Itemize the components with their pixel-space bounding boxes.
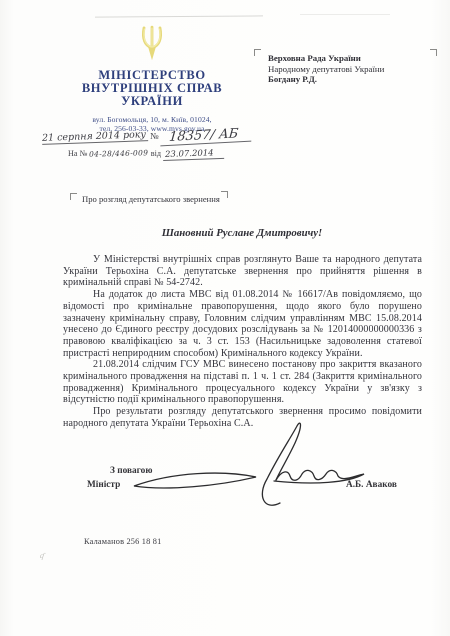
outgoing-reference-line: 21 серпня 2014 року№18357/ АБ — [42, 128, 252, 144]
tryzub-emblem-icon — [140, 25, 164, 62]
scanned-letter-page: МІНІСТЕРСТВО ВНУТРІШНІХ СПРАВ УКРАЇНИ ву… — [0, 0, 450, 636]
ministry-name-line3: УКРАЇНИ — [52, 95, 252, 108]
ministry-name: МІНІСТЕРСТВО ВНУТРІШНІХ СПРАВ УКРАЇНИ — [52, 69, 252, 108]
letterhead: МІНІСТЕРСТВО ВНУТРІШНІХ СПРАВ УКРАЇНИ ву… — [52, 25, 252, 134]
scan-artifact-line — [95, 15, 263, 17]
recipient-bracket-right — [430, 49, 437, 56]
incoming-reference-line: На № 04-28/446-009 від 23.07.2014 — [68, 149, 252, 160]
tryzub-base — [148, 48, 155, 60]
recipient-block: Верховна Рада України Народному депутато… — [268, 53, 428, 85]
minister-signature-icon — [118, 418, 368, 508]
subject-bracket-right — [221, 191, 228, 198]
scan-artifact-line — [300, 14, 390, 15]
handwritten-incoming-number: 04-28/446-009 — [89, 148, 148, 159]
pencil-mark: ʠ — [39, 551, 44, 560]
body-paragraph-3: 21.08.2014 слідчим ГСУ МВС винесено пост… — [63, 359, 422, 406]
handwritten-date: 21 серпня 2014 року — [42, 129, 148, 145]
recipient-org: Верховна Рада України — [268, 53, 428, 64]
recipient-bracket-left — [254, 49, 261, 56]
vid-label: від — [151, 149, 161, 158]
letter-body: У Міністерстві внутрішніх справ розгляну… — [63, 254, 422, 430]
reply-to-label: На № — [68, 149, 87, 158]
ministry-name-line2: ВНУТРІШНІХ СПРАВ — [52, 82, 252, 95]
ministry-name-line1: МІНІСТЕРСТВО — [52, 69, 252, 82]
subject-bracket-left — [70, 193, 77, 200]
body-paragraph-2: На додаток до листа МВС від 01.08.2014 №… — [63, 289, 422, 359]
subject-line: Про розгляд депутатського звернення — [82, 194, 220, 204]
executor-contact: Каламанов 256 18 81 — [84, 537, 161, 546]
signer-title: Міністр — [87, 480, 120, 490]
number-sign: № — [150, 131, 159, 141]
handwritten-incoming-date: 23.07.2014 — [163, 148, 224, 161]
recipient-role: Народному депутатові України — [268, 64, 428, 75]
handwritten-outgoing-number: 18357/ АБ — [160, 126, 253, 147]
signer-name: А.Б. Аваков — [346, 480, 397, 490]
recipient-name: Богдану Р.Д. — [268, 74, 428, 85]
salutation: Шановний Руслане Дмитровичу! — [63, 227, 421, 239]
reference-block: 21 серпня 2014 року№18357/ АБ На № 04-28… — [42, 128, 252, 160]
address-line1: вул. Богомольця, 10, м. Київ, 01024, — [52, 115, 252, 125]
body-paragraph-1: У Міністерстві внутрішніх справ розгляну… — [63, 254, 422, 289]
